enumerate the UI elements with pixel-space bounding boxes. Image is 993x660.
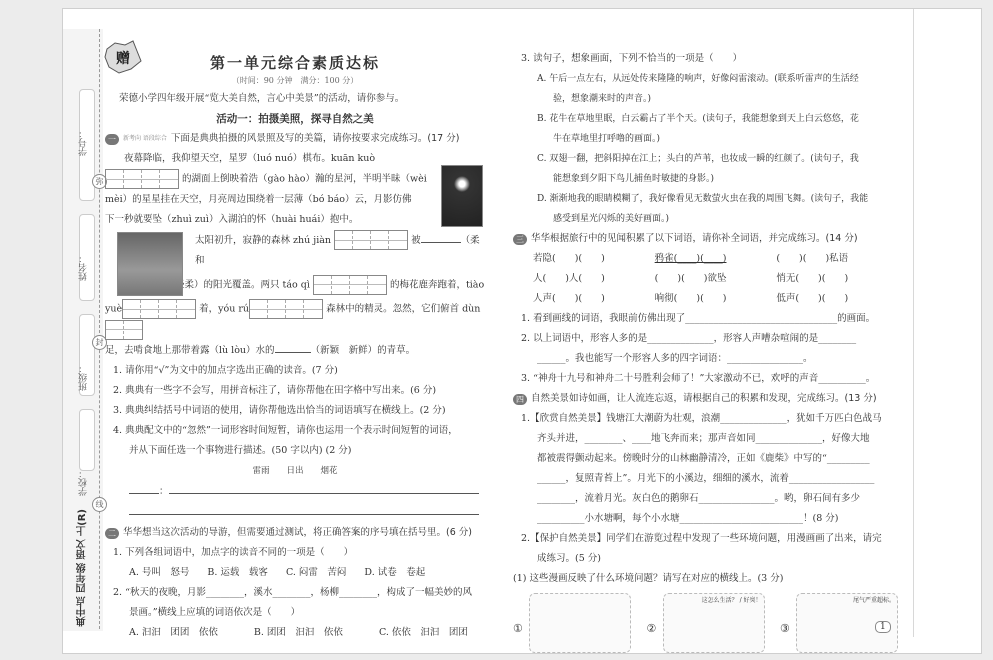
s3-question-3: 3. “神舟十九号和神舟二十号胜利会师了！”大家激动不已，欢呼的声音______…	[513, 369, 898, 389]
school-box[interactable]	[79, 409, 95, 471]
answer-blank[interactable]	[421, 230, 461, 243]
s3-question-2: 2. 以上词语中，形容人多的是______________，形容人声嘈杂喧闹的是…	[513, 329, 898, 349]
field-label-student-number: 学号：	[77, 129, 90, 156]
cartoon-image-litter	[529, 593, 631, 653]
cut-line	[99, 29, 100, 629]
tianzige-grid[interactable]	[122, 299, 196, 319]
s2-question-3: 3. 读句子，想象画面，下列不恰当的一项是（ ）	[513, 49, 898, 69]
answer-line-2[interactable]	[105, 502, 485, 523]
passage-1: 夜幕降临，我仰望天空，星罗（luó nuó）棋布。kuān kuò 的湖面上倒映…	[105, 149, 430, 230]
section-2-heading: 二 华华想当这次活动的导游，但需要通过测试，将正确答案的序号填在括号里。(6 分…	[105, 523, 485, 543]
cartoon-1: ①	[513, 593, 631, 660]
word-grid: 若隐( )( ) 鸦雀(____)(____) ( )( )私语 人( )人( …	[513, 249, 898, 309]
question-2: 2. 典典有一些字不会写，用拼音标注了，请你帮他在田字格中写出来。(6 分)	[105, 381, 485, 401]
field-label-name: 姓名：	[77, 254, 90, 281]
section-title: 下面是典典拍摄的风景照及写的美篇，请你按要求完成练习。(17 分)	[171, 129, 460, 149]
s3-question-1: 1. 看到画线的词语，我眼前仿佛出现了_____________________…	[513, 309, 898, 329]
exam-page: 学号： 姓名： 班级： 学校： 弥 封 线 典中点 四年级 语文 上(R) 赠 …	[62, 8, 982, 654]
s4-q2-sub: (1) 这些漫画反映了什么环境问题？请写在对应的横线上。(3 分)	[513, 569, 898, 589]
s2-question-2: 2. “秋天的夜晚，月影________，溪水________，杨柳______…	[105, 583, 485, 603]
right-column: 3. 读句子，想象画面，下列不恰当的一项是（ ） A. 午后一点左右，从远处传来…	[513, 49, 898, 660]
section-3-heading: 三 华华根据旅行中的见闻积累了以下词语，请你补全词语，并完成练习。(14 分)	[513, 229, 898, 249]
cartoon-2: ②这怎么生活？ / 好臭！	[647, 593, 765, 660]
tianzige-grid[interactable]	[105, 169, 179, 189]
exam-meta: （时间：90 分钟 满分：100 分）	[105, 73, 485, 89]
deer-forest-photo	[117, 232, 183, 296]
tianzige-grid[interactable]	[105, 320, 143, 340]
section-number: 一	[105, 134, 119, 145]
page-number: 1	[875, 621, 891, 633]
page-title: 第一单元综合素质达标	[105, 53, 485, 73]
s4-question-2: 2.【保护自然美景】同学们在游览过程中发现了一些环境问题，用漫画画了出来，请完	[513, 529, 898, 549]
night-lake-photo	[441, 165, 483, 227]
page-content: 学号： 姓名： 班级： 学校： 弥 封 线 典中点 四年级 语文 上(R) 赠 …	[63, 9, 914, 637]
question-3: 3. 典典纠结括号中词语的使用，请你帮他选出恰当的词语填写在横线上。(2 分)	[105, 401, 485, 421]
intro-text: 荣德小学四年级开展“览大美自然，言心中美景”的活动，请你参与。	[105, 89, 485, 109]
field-label-class: 班级：	[77, 364, 90, 391]
s2-question-1: 1. 下列各组词语中，加点字的读音不同的一项是（ ）	[105, 543, 485, 563]
left-column: 第一单元综合素质达标 （时间：90 分钟 满分：100 分） 荣德小学四年级开展…	[105, 45, 485, 643]
cartoon-image-polluted-water: 这怎么生活？ / 好臭！	[663, 593, 765, 653]
question-1: 1. 请你用“√”为文中的加点字选出正确的读音。(7 分)	[105, 361, 485, 381]
field-label-school: 学校：	[77, 469, 90, 496]
section-tag: 新考向 语段综合	[123, 129, 167, 149]
section-1-heading: 一 新考向 语段综合 下面是典典拍摄的风景照及写的美篇，请你按要求完成练习。(1…	[105, 129, 485, 149]
cartoon-row: ① ②这怎么生活？ / 好臭！ ③尾气严重超标。	[513, 593, 898, 660]
s2-q2-options: A. 汩汩 团团 依依 B. 团团 汩汩 依依 C. 依依 汩汩 团团	[105, 623, 485, 643]
choice-words: 雷雨 日出 烟花	[105, 461, 485, 481]
tianzige-grid[interactable]	[334, 230, 408, 250]
section-4-heading: 四 自然美景如诗如画，让人流连忘返，请根据自己的积累和发现，完成练习。(13 分…	[513, 389, 898, 409]
tianzige-grid[interactable]	[249, 299, 323, 319]
question-4-cont: 并从下面任选一个事物进行描述。(50 字以内) (2 分)	[105, 441, 485, 461]
s2-q3-options: A. 午后一点左右，从远处传来隆隆的响声，好像闷雷滚动。(联系听雷声的生活经 验…	[513, 69, 898, 229]
passage-2: 太阳初升，寂静的森林 zhú jiàn 被（柔和 轻柔）的阳光覆盖。两只 táo…	[105, 230, 485, 362]
activity-heading: 活动一：拍摄美照，探寻自然之美	[105, 109, 485, 129]
answer-line-1[interactable]: ：	[105, 481, 485, 502]
answer-blank[interactable]	[275, 340, 311, 353]
s2-q1-options: A. 号叫 怒号 B. 运载 载客 C. 闷雷 苦闷 D. 试卷 卷起	[105, 563, 485, 583]
question-4: 4. 典典配文中的“忽然”一词形容时间短暂，请你也运用一个表示时间短暂的词语，	[105, 421, 485, 441]
book-brand: 典中点 四年级 语文 上(R)	[75, 509, 90, 626]
s4-question-1: 1.【欣赏自然美景】钱塘江大潮蔚为壮观，浪潮______________，犹如千…	[513, 409, 898, 529]
tianzige-grid[interactable]	[313, 275, 387, 295]
